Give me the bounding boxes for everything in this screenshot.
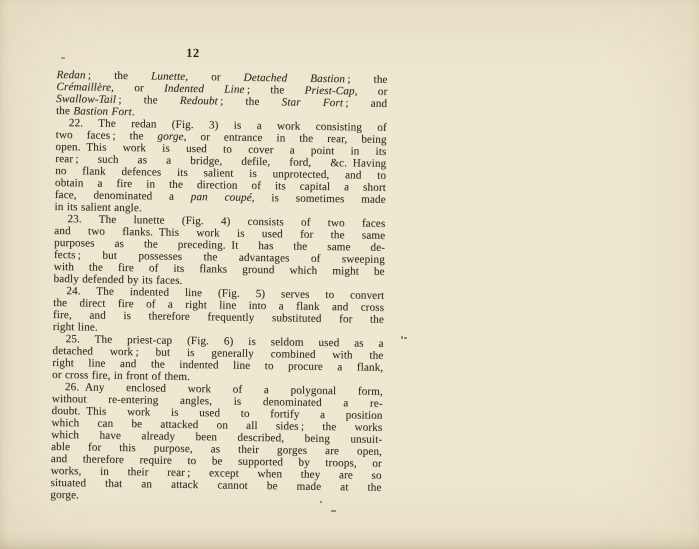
italic-text: Redan (56, 69, 85, 81)
scan-speck (61, 57, 65, 59)
italic-text: Bastion Fort (73, 105, 132, 118)
text-run: , or (355, 85, 388, 97)
italic-text: Redoubt (180, 95, 218, 108)
italic-text: gorge (157, 131, 183, 143)
paragraph: 23. The lunette (Fig. 4) consists of two… (53, 213, 385, 290)
italic-text: Swallow-Tail (56, 93, 116, 106)
text-run: , or (111, 82, 164, 95)
italic-text: Star Fort (281, 96, 343, 109)
scanned-page: 12 Redan ; the Lunette, or Detached Bast… (0, 0, 699, 549)
text-run: the (56, 105, 73, 117)
paragraph: 25. The priest-cap (Fig. 6) is seldom us… (52, 333, 384, 386)
text-run: gorge. (50, 489, 79, 501)
scan-speck (320, 501, 322, 503)
page-content: 12 Redan ; the Lunette, or Detached Bast… (50, 44, 388, 506)
text-run: ; the (244, 84, 304, 97)
text-run: , is sometimes made (252, 192, 386, 206)
text-run: ; the (116, 94, 180, 107)
italic-text: Priest-Cap (304, 85, 354, 98)
paragraph: 26. Any enclosed work of a polygonal for… (50, 381, 383, 506)
text-run: ; and (343, 97, 387, 110)
paragraph: Redan ; the Lunette, or Detached Bastion… (56, 69, 388, 122)
scan-speck (331, 510, 336, 512)
text-run: right line. (53, 321, 98, 334)
text-run: , or (185, 71, 243, 84)
paragraph: 24. The indented line (Fig. 5) serves to… (53, 285, 385, 338)
text-block: Redan ; the Lunette, or Detached Bastion… (50, 69, 387, 506)
italic-text: Crémaillère (56, 81, 111, 94)
text-run: ; the (345, 73, 388, 86)
text-run: . (132, 106, 135, 118)
text-run: ; the (218, 95, 282, 108)
italic-text: Lunette (151, 70, 185, 83)
scan-speck (404, 337, 407, 339)
italic-text: pan coupé (191, 191, 252, 204)
scan-speck (401, 336, 403, 339)
page-number: 12 (57, 44, 329, 63)
text-run: ; the (86, 69, 152, 82)
paragraph: 22. The redan (Fig. 3) is a work consist… (54, 117, 386, 218)
